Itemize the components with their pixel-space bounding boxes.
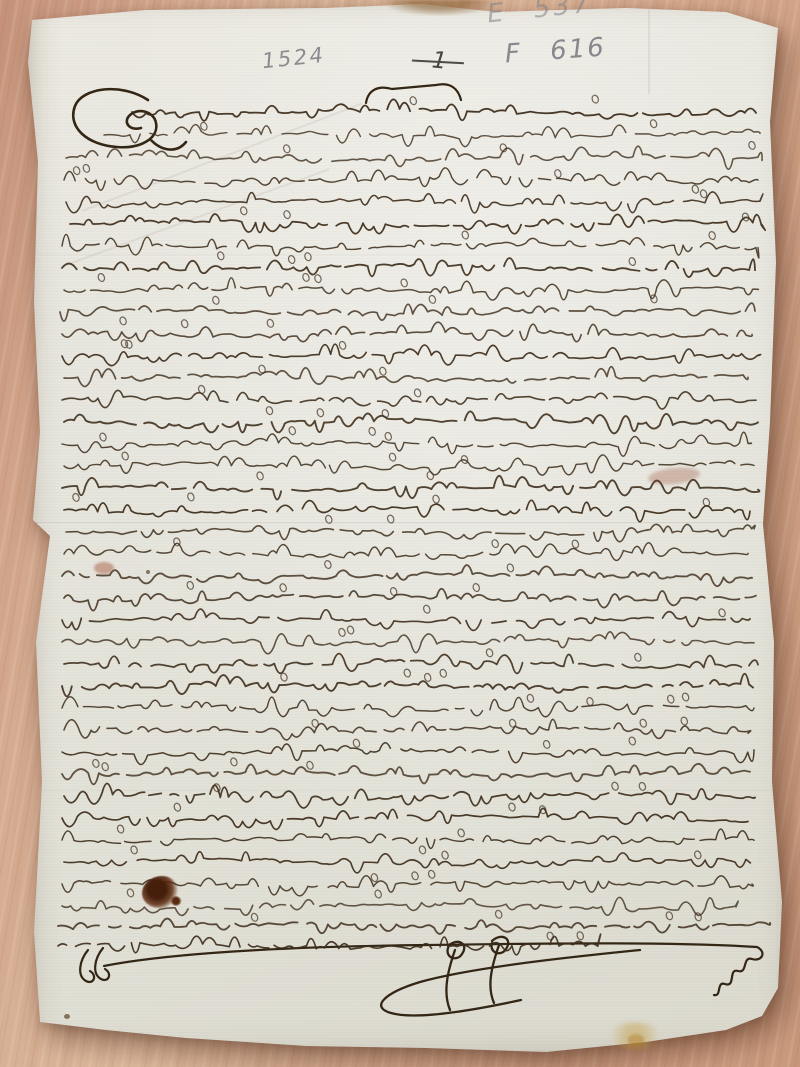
- folio-number-mark: 1: [431, 47, 448, 74]
- corner-crease-2: [66, 168, 330, 265]
- fold-crease-vertical: [648, 2, 650, 94]
- manuscript-page-wrap: [0, 0, 800, 1067]
- manuscript-page: [26, 2, 788, 1060]
- fold-crease-middle: [26, 522, 788, 525]
- corner-crease-1: [82, 103, 363, 212]
- photo-scene: E 537 F 616 1524 1: [0, 0, 800, 1067]
- fold-crease-upper: [26, 254, 788, 257]
- fold-crease-lower: [26, 790, 788, 793]
